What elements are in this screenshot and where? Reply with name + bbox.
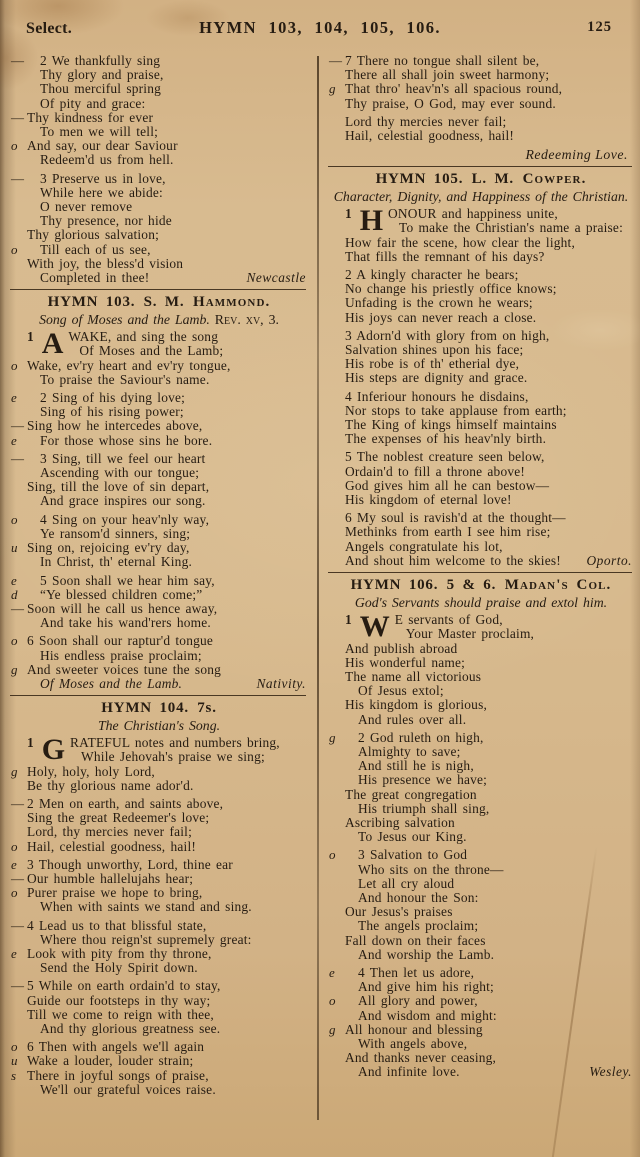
hymn-line: We'll our grateful voices raise.	[10, 1083, 308, 1097]
verse-number: 1	[27, 330, 34, 344]
hymn-line: Of Jesus extol;	[328, 684, 634, 698]
hymn-line: And shout him welcome to the skies!Oport…	[328, 554, 634, 568]
hymn-line: Thy presence, nor hide	[10, 214, 308, 228]
hymn-line: o6 Soon shall our raptur'd tongue	[10, 634, 308, 648]
hymn-line: Send the Holy Spirit down.	[10, 961, 308, 975]
hymn-line: Lord, thy mercies never fail;	[10, 825, 308, 839]
hymn-line: His robe is of th' etherial dye,	[328, 357, 634, 371]
hymn-line: Of Moses and the Lamb;	[79, 344, 223, 358]
hymn-line: Let all cry aloud	[328, 877, 634, 891]
stanza: —3 Sing, till we feel our heartAscending…	[10, 452, 308, 509]
hymn-line: —2 We thankfully sing	[10, 54, 308, 68]
expression-mark: o	[11, 139, 26, 153]
tune-name: Nativity.	[256, 677, 306, 691]
stanza: —2 Men on earth, and saints above,Sing t…	[10, 797, 308, 854]
scripture-reference: Rev. xv, 3.	[210, 312, 279, 327]
hymn-line: 5 The noblest creature seen below,	[328, 450, 634, 464]
hymn-line: And worship the Lamb.	[328, 948, 634, 962]
hymn-line: 3 Adorn'd with glory from on high,	[328, 329, 634, 343]
hymn-line: e2 Sing of his dying love;	[10, 391, 308, 405]
expression-mark: o	[11, 513, 26, 527]
drop-cap: H	[360, 208, 383, 233]
hymn-subtitle: God's Servants should praise and extol h…	[328, 595, 634, 610]
stanza: 1AWAKE, and sing the songOf Moses and th…	[10, 330, 308, 387]
expression-mark: s	[11, 1069, 26, 1083]
drop-cap: W	[360, 614, 390, 639]
expression-mark: e	[11, 947, 26, 961]
hymn-line: —3 Preserve us in love,	[10, 172, 308, 186]
hymn-line: —2 Men on earth, and saints above,	[10, 797, 308, 811]
hymn-meter: 7s.	[189, 700, 217, 716]
hymn-meter: S. M.	[135, 294, 184, 310]
expression-mark: —	[11, 602, 26, 616]
hymn-line: 6 My soul is ravish'd at the thought—	[328, 511, 634, 525]
verse-number: 1	[27, 736, 34, 750]
hymn-line: —7 There no tongue shall silent be,	[328, 54, 634, 68]
stanza: 4 Inferiour honours he disdains,Nor stop…	[328, 390, 634, 447]
hymn-line: Angels congratulate his lot,	[328, 540, 634, 554]
drop-cap: G	[42, 737, 65, 762]
hymnal-page-scan: Select. HYMN 103, 104, 105, 106. 125 —2 …	[0, 0, 640, 1157]
hymn-line: O never remove	[10, 200, 308, 214]
expression-mark: —	[11, 54, 26, 68]
stanza: —4 Lead us to that blissful state,Where …	[10, 919, 308, 976]
hymn-line: g2 God ruleth on high,	[328, 731, 634, 745]
hymn-line: Hail, celestial goodness, hail!	[328, 129, 634, 143]
hymn-line: oWake, ev'ry heart and ev'ry tongue,	[10, 359, 308, 373]
hymn-heading: HYMN 103. S. M. Hammond.	[10, 294, 308, 311]
hymn-line: His triumph shall sing,	[328, 802, 634, 816]
hymn-line: oTill each of us see,	[10, 243, 308, 257]
hymn-heading: HYMN 104. 7s.	[10, 700, 308, 717]
hymn-line: eLook with pity from thy throne,	[10, 947, 308, 961]
expression-mark: g	[329, 82, 344, 96]
hymn-author: Cowper.	[514, 171, 586, 187]
tune-attribution: Redeeming Love.	[328, 147, 634, 163]
expression-mark: o	[11, 243, 26, 257]
expression-mark: —	[329, 54, 344, 68]
hymn-line: To make the Christian's name a praise:	[399, 221, 623, 235]
hymn-line: —Sing how he intercedes above,	[10, 419, 308, 433]
expression-mark: o	[11, 886, 26, 900]
section-rule	[10, 289, 306, 290]
stanza: —5 While on earth ordain'd to stay,Guide…	[10, 979, 308, 1036]
hymn-subtitle: Song of Moses and the Lamb. Rev. xv, 3.	[10, 312, 308, 327]
hymn-line: gHoly, holy, holy Lord,	[10, 765, 308, 779]
expression-mark: o	[11, 359, 26, 373]
hymn-line: Fall down on their faces	[328, 934, 634, 948]
hymn-line: sThere in joyful songs of praise,	[10, 1069, 308, 1083]
stanza: 1HONOUR and happiness unite,To make the …	[328, 207, 634, 264]
hymn-line: —Our humble hallelujahs hear;	[10, 872, 308, 886]
expression-mark: o	[11, 840, 26, 854]
hymn-line: Sing of his rising power;	[10, 405, 308, 419]
first-line-with-drop-cap: 1WE servants of God,Your Master proclaim…	[328, 613, 634, 641]
hymn-line: Redeem'd us from hell.	[10, 153, 308, 167]
tune-name: Oporto.	[586, 554, 632, 568]
hymn-line: gAll honour and blessing	[328, 1023, 634, 1037]
expression-mark: —	[11, 797, 26, 811]
hymn-line: Of Moses and the Lamb.Nativity.	[10, 677, 308, 691]
expression-mark: o	[329, 994, 344, 1008]
hymn-line: oAnd say, our dear Saviour	[10, 139, 308, 153]
expression-mark: —	[11, 111, 26, 125]
hymn-line: And grace inspires our song.	[10, 494, 308, 508]
hymn-line: Thy glorious salvation;	[10, 228, 308, 242]
hymn-line: His kingdom of eternal love!	[328, 493, 634, 507]
stanza: o4 Sing on your heav'nly way,Ye ransom'd…	[10, 513, 308, 570]
hymn-author: Hammond.	[184, 294, 270, 310]
hymn-number: HYMN 103.	[48, 294, 136, 310]
hymn-line: To Jesus our King.	[328, 830, 634, 844]
hymn-line: And rules over all.	[328, 713, 634, 727]
expression-mark: g	[11, 765, 26, 779]
hymn-line: Of pity and grace:	[10, 97, 308, 111]
page-number: 125	[587, 19, 612, 36]
hymn-line: God gives him all he can bestow—	[328, 479, 634, 493]
hymn-meter: L. M.	[463, 171, 514, 187]
hymn-heading: HYMN 105. L. M. Cowper.	[328, 171, 634, 188]
hymn-line: And thanks never ceasing,	[328, 1051, 634, 1065]
hymn-line: Salvation shines upon his face;	[328, 343, 634, 357]
hymn-line: uWake a louder, louder strain;	[10, 1054, 308, 1068]
stanza: o6 Soon shall our raptur'd tongueHis end…	[10, 634, 308, 691]
hymn-line: And give him his right;	[328, 980, 634, 994]
hymn-line: In Christ, th' eternal King.	[10, 555, 308, 569]
hymn-line: —Soon will he call us hence away,	[10, 602, 308, 616]
hymn-line: To men we will tell;	[10, 125, 308, 139]
hymn-line: Thy praise, O God, may ever sound.	[328, 97, 634, 111]
hymn-number: HYMN 106.	[351, 577, 439, 593]
hymn-line: Sing, till the love of sin depart,	[10, 480, 308, 494]
expression-mark: g	[329, 731, 344, 745]
hymn-line: gThat thro' heav'n's all spacious round,	[328, 82, 634, 96]
hymn-line: How fair the scene, how clear the light,	[328, 236, 634, 250]
section-rule	[10, 695, 306, 696]
expression-mark: o	[11, 1040, 26, 1054]
hymn-line: The angels proclaim;	[328, 919, 634, 933]
verse-number: 1	[345, 207, 352, 221]
stanza: 2 A kingly character he bears;No change …	[328, 268, 634, 325]
hymn-line: Almighty to save;	[328, 745, 634, 759]
stanza: o6 Then with angels we'll againuWake a l…	[10, 1040, 308, 1097]
stanza: —2 We thankfully singThy glory and prais…	[10, 54, 308, 168]
hymn-line: Thou merciful spring	[10, 82, 308, 96]
hymn-line: To praise the Saviour's name.	[10, 373, 308, 387]
hymn-line: Your Master proclaim,	[406, 627, 534, 641]
hymn-line: Thy glory and praise,	[10, 68, 308, 82]
hymn-line: o3 Salvation to God	[328, 848, 634, 862]
hymn-line: 2 A kingly character he bears;	[328, 268, 634, 282]
hymn-line: Ordain'd to fill a throne above!	[328, 465, 634, 479]
expression-mark: —	[11, 872, 26, 886]
hymn-line: And thy glorious greatness see.	[10, 1022, 308, 1036]
hymn-line: Lord thy mercies never fail;	[328, 115, 634, 129]
expression-mark: d	[11, 588, 26, 602]
hymn-line: ONOUR and happiness unite,	[388, 207, 623, 221]
hymn-line: His wonderful name;	[328, 656, 634, 670]
hymn-line: The expenses of his heav'nly birth.	[328, 432, 634, 446]
verse-number: 1	[345, 613, 352, 627]
hymn-line: While Jehovah's praise we sing;	[81, 750, 280, 764]
expression-mark: —	[11, 419, 26, 433]
hymn-line: E servants of God,	[395, 613, 534, 627]
hymn-line: 4 Inferiour honours he disdains,	[328, 390, 634, 404]
hymn-line: o4 Sing on your heav'nly way,	[10, 513, 308, 527]
hymn-line: Sing the great Redeemer's love;	[10, 811, 308, 825]
expression-mark: —	[11, 172, 26, 186]
expression-mark: e	[11, 574, 26, 588]
hymn-line: e3 Though unworthy, Lord, thine ear	[10, 858, 308, 872]
hymn-line: Where thou reign'st supremely great:	[10, 933, 308, 947]
hymn-line: And wisdom and might:	[328, 1009, 634, 1023]
stanza: e2 Sing of his dying love;Sing of his ri…	[10, 391, 308, 448]
stanza: 1GRATEFUL notes and numbers bring,While …	[10, 736, 308, 793]
expression-mark: e	[329, 966, 344, 980]
hymn-line: No change his priestly office knows;	[328, 282, 634, 296]
hymn-author: Madan's Col.	[496, 577, 611, 593]
hymn-line: His endless praise proclaim;	[10, 649, 308, 663]
hymn-line: The great congregation	[328, 788, 634, 802]
hymn-line: oAll glory and power,	[328, 994, 634, 1008]
drop-cap: A	[42, 331, 64, 356]
hymn-line: Methinks from earth I see him rise;	[328, 525, 634, 539]
hymn-line: Till we come to reign with thee,	[10, 1008, 308, 1022]
expression-mark: e	[11, 434, 26, 448]
hymn-line: o6 Then with angels we'll again	[10, 1040, 308, 1054]
expression-mark: e	[11, 391, 26, 405]
hymn-line: That fills the remnant of his days?	[328, 250, 634, 264]
expression-mark: o	[329, 848, 344, 862]
hymn-line: e4 Then let us adore,	[328, 966, 634, 980]
hymn-meter: 5 & 6.	[438, 577, 496, 593]
tune-name: Newcastle	[246, 271, 306, 285]
stanza: g2 God ruleth on high,Almighty to save;A…	[328, 731, 634, 845]
hymn-line: —4 Lead us to that blissful state,	[10, 919, 308, 933]
stanza: 5 The noblest creature seen below,Ordain…	[328, 450, 634, 507]
hymn-line: And infinite love.Wesley.	[328, 1065, 634, 1079]
section-rule	[328, 166, 632, 167]
hymn-line: Ye ransom'd sinners, sing;	[10, 527, 308, 541]
expression-mark: —	[11, 979, 26, 993]
stanza: e3 Though unworthy, Lord, thine ear—Our …	[10, 858, 308, 915]
expression-mark: —	[11, 452, 26, 466]
hymn-line: oPurer praise we hope to bring,	[10, 886, 308, 900]
hymn-line: —Thy kindness for ever	[10, 111, 308, 125]
hymn-line: d“Ye blessed children come;”	[10, 588, 308, 602]
hymn-line: His kingdom is glorious,	[328, 698, 634, 712]
hymn-line: e5 Soon shall we hear him say,	[10, 574, 308, 588]
hymn-line: There all shall join sweet harmony;	[328, 68, 634, 82]
expression-mark: u	[11, 541, 26, 555]
hymn-line: eFor those whose sins he bore.	[10, 434, 308, 448]
column-divider-rule	[317, 56, 319, 1120]
hymn-line: gAnd sweeter voices tune the song	[10, 663, 308, 677]
hymn-line: uSing on, rejoicing ev'ry day,	[10, 541, 308, 555]
stanza: —3 Preserve us in love,While here we abi…	[10, 172, 308, 286]
running-header: Select. HYMN 103, 104, 105, 106. 125	[0, 18, 640, 44]
hymn-line: And still he is nigh,	[328, 759, 634, 773]
hymn-line: And publish abroad	[328, 642, 634, 656]
first-line-with-drop-cap: 1AWAKE, and sing the songOf Moses and th…	[10, 330, 308, 358]
hymn-line: oHail, celestial goodness, hail!	[10, 840, 308, 854]
hymn-line: With angels above,	[328, 1037, 634, 1051]
hymn-subtitle: The Christian's Song.	[10, 718, 308, 733]
expression-mark: g	[11, 663, 26, 677]
hymn-line: When with saints we stand and sing.	[10, 900, 308, 914]
hymn-number: HYMN 105.	[376, 171, 464, 187]
hymn-line: His steps are dignity and grace.	[328, 371, 634, 385]
left-column: —2 We thankfully singThy glory and prais…	[10, 54, 308, 1101]
stanza: e4 Then let us adore,And give him his ri…	[328, 966, 634, 1080]
expression-mark: —	[11, 919, 26, 933]
running-header-title: HYMN 103, 104, 105, 106.	[0, 18, 640, 38]
hymn-line: Completed in thee!Newcastle	[10, 271, 308, 285]
right-column: —7 There no tongue shall silent be,There…	[328, 54, 634, 1101]
stanza: 6 My soul is ravish'd at the thought—Met…	[328, 511, 634, 568]
expression-mark: g	[329, 1023, 344, 1037]
hymn-line: —5 While on earth ordain'd to stay,	[10, 979, 308, 993]
hymn-line: And take his wand'rers home.	[10, 616, 308, 630]
stanza: e5 Soon shall we hear him say,d“Ye bless…	[10, 574, 308, 631]
hymn-line: His joys can never reach a close.	[328, 311, 634, 325]
hymn-line: While here we abide:	[10, 186, 308, 200]
expression-mark: e	[11, 858, 26, 872]
hymn-heading: HYMN 106. 5 & 6. Madan's Col.	[328, 577, 634, 594]
stanza: 3 Adorn'd with glory from on high,Salvat…	[328, 329, 634, 386]
expression-mark: u	[11, 1054, 26, 1068]
expression-mark: o	[11, 634, 26, 648]
stanza: —7 There no tongue shall silent be,There…	[328, 54, 634, 111]
hymn-line: Be thy glorious name ador'd.	[10, 779, 308, 793]
hymn-line: Who sits on the throne—	[328, 863, 634, 877]
hymn-line: With joy, the bless'd vision	[10, 257, 308, 271]
stanza: 1WE servants of God,Your Master proclaim…	[328, 613, 634, 727]
text-columns: —2 We thankfully singThy glory and prais…	[10, 54, 634, 1101]
hymn-number: HYMN 104.	[101, 700, 189, 716]
hymn-line: His presence we have;	[328, 773, 634, 787]
hymn-line: Guide our footsteps in thy way;	[10, 994, 308, 1008]
hymn-line: Ascending with our tongue;	[10, 466, 308, 480]
first-line-with-drop-cap: 1GRATEFUL notes and numbers bring,While …	[10, 736, 308, 764]
tune-name: Wesley.	[589, 1065, 632, 1079]
hymn-line: The King of kings himself maintains	[328, 418, 634, 432]
hymn-line: Unfading is the crown he wears;	[328, 296, 634, 310]
hymn-line: WAKE, and sing the song	[68, 330, 223, 344]
first-line-with-drop-cap: 1HONOUR and happiness unite,To make the …	[328, 207, 634, 235]
section-rule	[328, 572, 632, 573]
hymn-subtitle: Character, Dignity, and Happiness of the…	[328, 189, 634, 204]
stanza: Lord thy mercies never fail;Hail, celest…	[328, 115, 634, 143]
hymn-line: RATEFUL notes and numbers bring,	[70, 736, 280, 750]
hymn-line: Nor stops to take applause from earth;	[328, 404, 634, 418]
hymn-line: Ascribing salvation	[328, 816, 634, 830]
hymn-line: —3 Sing, till we feel our heart	[10, 452, 308, 466]
hymn-line: The name all victorious	[328, 670, 634, 684]
